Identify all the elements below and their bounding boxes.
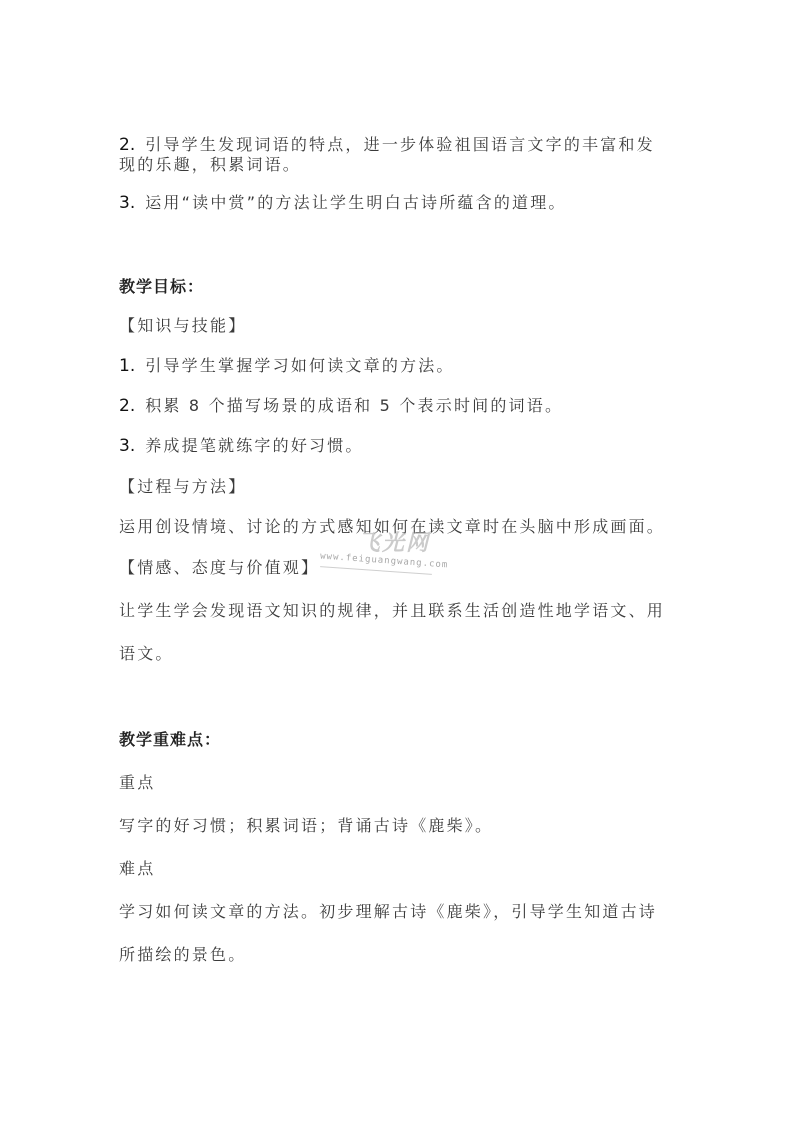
emotion-label: 【情感、态度与价值观】	[119, 558, 319, 578]
list-number: 3.	[119, 193, 135, 213]
intro-item-3-row: 3.运用“读中赏”的方法让学生明白古诗所蕴含的道理。	[119, 193, 567, 213]
difficulty-text: 学习如何读文章的方法。初步理解古诗《鹿柴》，引导学生知道古诗	[119, 902, 657, 922]
difficulty-text-continued: 所描绘的景色。	[119, 945, 246, 965]
list-number: 1.	[119, 356, 135, 376]
knowledge-item-3: 3.养成提笔就练字的好习惯。	[119, 436, 364, 456]
emotion-text-continued: 语文。	[119, 644, 174, 664]
list-text: 积累 8 个描写场景的成语和 5 个表示时间的词语。	[145, 396, 563, 415]
list-text: 引导学生发现词语的特点，进一步体验祖国语言文字的丰富和发	[145, 135, 655, 154]
knowledge-label: 【知识与技能】	[119, 316, 246, 336]
list-number: 2.	[119, 135, 135, 155]
intro-item-2: 2.引导学生发现词语的特点，进一步体验祖国语言文字的丰富和发	[119, 135, 655, 155]
knowledge-item-2: 2.积累 8 个描写场景的成语和 5 个表示时间的词语。	[119, 396, 563, 416]
emotion-text: 让学生学会发现语文知识的规律，并且联系生活创造性地学语文、用	[119, 601, 665, 621]
knowledge-item-1: 1.引导学生掌握学习如何读文章的方法。	[119, 356, 455, 376]
focus-text: 写字的好习惯；积累词语；背诵古诗《鹿柴》。	[119, 816, 493, 836]
list-number: 3.	[119, 436, 135, 456]
process-label: 【过程与方法】	[119, 477, 246, 497]
list-text: 引导学生掌握学习如何读文章的方法。	[145, 356, 454, 375]
objectives-heading: 教学目标：	[119, 277, 204, 297]
list-number: 2.	[119, 396, 135, 416]
intro-item-2-continued: 现的乐趣，积累词语。	[119, 155, 301, 175]
process-text: 运用创设情境、讨论的方式感知如何在读文章时在头脑中形成画面。	[119, 517, 665, 537]
list-text: 养成提笔就练字的好习惯。	[145, 436, 363, 455]
watermark-underline	[320, 566, 432, 575]
watermark-url: www.feiguangwang.com	[320, 552, 449, 571]
list-text: 运用“读中赏”的方法让学生明白古诗所蕴含的道理。	[145, 193, 566, 212]
key-points-heading: 教学重难点：	[119, 730, 221, 750]
focus-label: 重点	[119, 773, 155, 793]
difficulty-label: 难点	[119, 859, 155, 879]
